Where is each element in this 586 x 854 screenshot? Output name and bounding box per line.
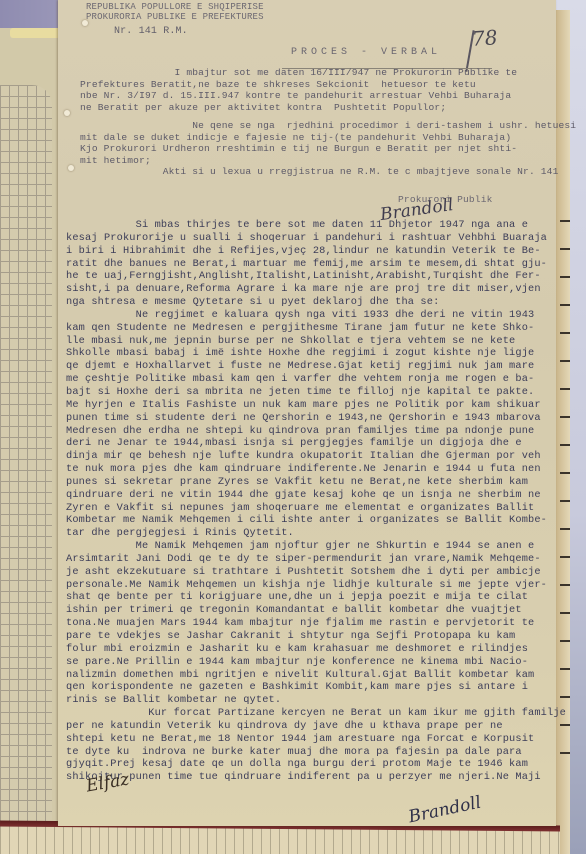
text-line: te dyte ku indrova ne burke kater muaj d… (66, 746, 566, 759)
text-line: Ne regjimet e kaluara qysh nga viti 1933… (66, 309, 566, 322)
bottom-signature: Brandoll (407, 793, 483, 828)
text-line: Kur forcat Partizane kercyen ne Berat un… (66, 707, 566, 720)
text-line: Shkolle mbasi babaj i imë ishte Hoxhe dh… (66, 347, 566, 360)
text-line: rinis se Ballit kombetar ne qytet. (66, 694, 566, 707)
text-line: I mbajtur sot me daten 16/III/947 ne Pro… (80, 67, 517, 79)
text-line: Zyren e Vakfit si nepunes jam shoqeruare… (66, 502, 566, 515)
text-line: gjyqit.Prej kesaj date qe un dolla nga b… (66, 758, 566, 771)
document-page: REPUBLIKA POPULLORE E SHQIPERISE PROKURO… (58, 0, 556, 826)
folder-bottom-edge (0, 827, 560, 854)
text-line: nga shtresa e mesme Qytetare si u pyet d… (66, 296, 566, 309)
text-line: bajt si Hoxhe deri sa mbrita ne jeten ti… (66, 386, 566, 399)
text-line: sisht,i pa denuare,Reforma Agrare i ka m… (66, 283, 566, 296)
text-line: ne Beratit per akuze per aktivitet kontr… (80, 102, 517, 114)
text-line: Akti si u lexua u rregjistrua ne R.M. te… (80, 166, 576, 178)
text-line: je asht ekzekutuare si trathtare i Pusht… (66, 566, 566, 579)
text-line: per ne katundin Veterik ku qindrova dy j… (66, 720, 566, 733)
text-line: deri ne Jenar te 1944,mbasi isnja si per… (66, 437, 566, 450)
folder-tab (10, 28, 60, 38)
text-line: te nuk mora pjes dhe kam qindruare indif… (66, 463, 566, 476)
text-line: kesaj Prokurorije u sualli i shoqeruar i… (66, 232, 566, 245)
text-line: mit dale se duket indicje e fajesie ne t… (80, 132, 576, 144)
text-line: i biri i Hibrahimit dhe i Refijes,vjeç 2… (66, 245, 566, 258)
intro-paragraph: I mbajtur sot me daten 16/III/947 ne Pro… (80, 67, 517, 113)
text-line: Prefektures Beratit,ne baze te shkreses … (80, 79, 517, 91)
text-line: Si mbas thirjes te bere sot me daten 11 … (66, 219, 566, 232)
reference-number: Nr. 141 R.M. (114, 25, 188, 38)
text-line: shtepi ketu ne Berat,me 18 Nentor 1944 j… (66, 733, 566, 746)
text-line: pare te vdekjes se Jashar Cakranit i sht… (66, 630, 566, 643)
text-line: Ne qene se nga rjedhini procedimor i der… (80, 120, 576, 132)
folio-number: 78 (471, 25, 498, 51)
text-line: Arsimtarit Jani Dodi qe te dy te siper-p… (66, 553, 566, 566)
text-line: punen time si studente deri ne Qershorin… (66, 412, 566, 425)
letterhead-line: PROKURORIA PUBLIKE E PREFEKTURES (86, 12, 264, 22)
text-line: Kombetar me Namik Mehqemen i cili ishte … (66, 514, 566, 527)
text-line: he te uaj,Ferngjisht,Anglisht,Italisht,L… (66, 270, 566, 283)
text-line: Kjo Prokurori Urdheron rreshtimin e tij … (80, 143, 576, 155)
text-line: tona.Ne muajen Mars 1944 kam mbajtur nje… (66, 617, 566, 630)
text-line: shikojtur punen time tue qindruare indif… (66, 771, 566, 784)
testimony-body: Si mbas thirjes te bere sot me daten 11 … (66, 219, 566, 784)
text-line: qen korispondente ne gazeten e Bashkimit… (66, 681, 566, 694)
text-line: tar dhe pergjegjesi i Rinis Qytetit. (66, 527, 566, 540)
text-line: lle mbasi nuk,me jepnin burse per ne Shk… (66, 335, 566, 348)
punch-hole (64, 110, 70, 116)
text-line: ishin per trimeri qe tregonin Komandanta… (66, 604, 566, 617)
text-line: me çeshtje Politike mbasi kam qen i varf… (66, 373, 566, 386)
text-line: Me hyrjen e Italis Fashiste un nuk kam m… (66, 399, 566, 412)
text-line: qe djemt e Hoxhallarvet i fuste ne Medre… (66, 360, 566, 373)
text-line: ratit dhe banues ne Berat,i martuar me f… (66, 258, 566, 271)
letterhead-line: REPUBLIKA POPULLORE E SHQIPERISE (86, 2, 264, 12)
text-line: Me Namik Mehqemen jam njoftur gjer ne Sh… (66, 540, 566, 553)
text-line: qindruare deri ne vitin 1944 dhe gjate k… (66, 489, 566, 502)
text-line: folur mbi eroizmin e Jasharit ku e kam k… (66, 643, 566, 656)
document-title: PROCES - VERBAL (291, 46, 441, 59)
order-paragraph: Ne qene se nga rjedhini procedimor i der… (80, 120, 576, 178)
text-line: shat qe bente per ti korigjuare une,dhe … (66, 591, 566, 604)
text-line: nbe Nr. 3/I97 d. 15.III.947 kontre te pa… (80, 90, 517, 102)
text-line: mit hetimor; (80, 155, 576, 167)
text-line: kam qen Studente ne Medresen e pergjithe… (66, 322, 566, 335)
text-line: punes si sekretar prane Zyres se Vakfit … (66, 476, 566, 489)
letterhead: REPUBLIKA POPULLORE E SHQIPERISE PROKURO… (86, 2, 264, 22)
graph-paper-sheet (0, 85, 52, 854)
text-line: dinja mir qe behesh nje lufte kundra oku… (66, 450, 566, 463)
punch-hole (68, 165, 74, 171)
text-line: personale.Me Namik Mehqemen un kishja nj… (66, 579, 566, 592)
text-line: nalizmin domethen mbi ngritjen e nivelit… (66, 669, 566, 682)
text-line: Medresen dhe erdha ne shtepi ku qindrova… (66, 425, 566, 438)
text-line: se pare.Ne Prillin e 1944 kam mbajtur nj… (66, 656, 566, 669)
